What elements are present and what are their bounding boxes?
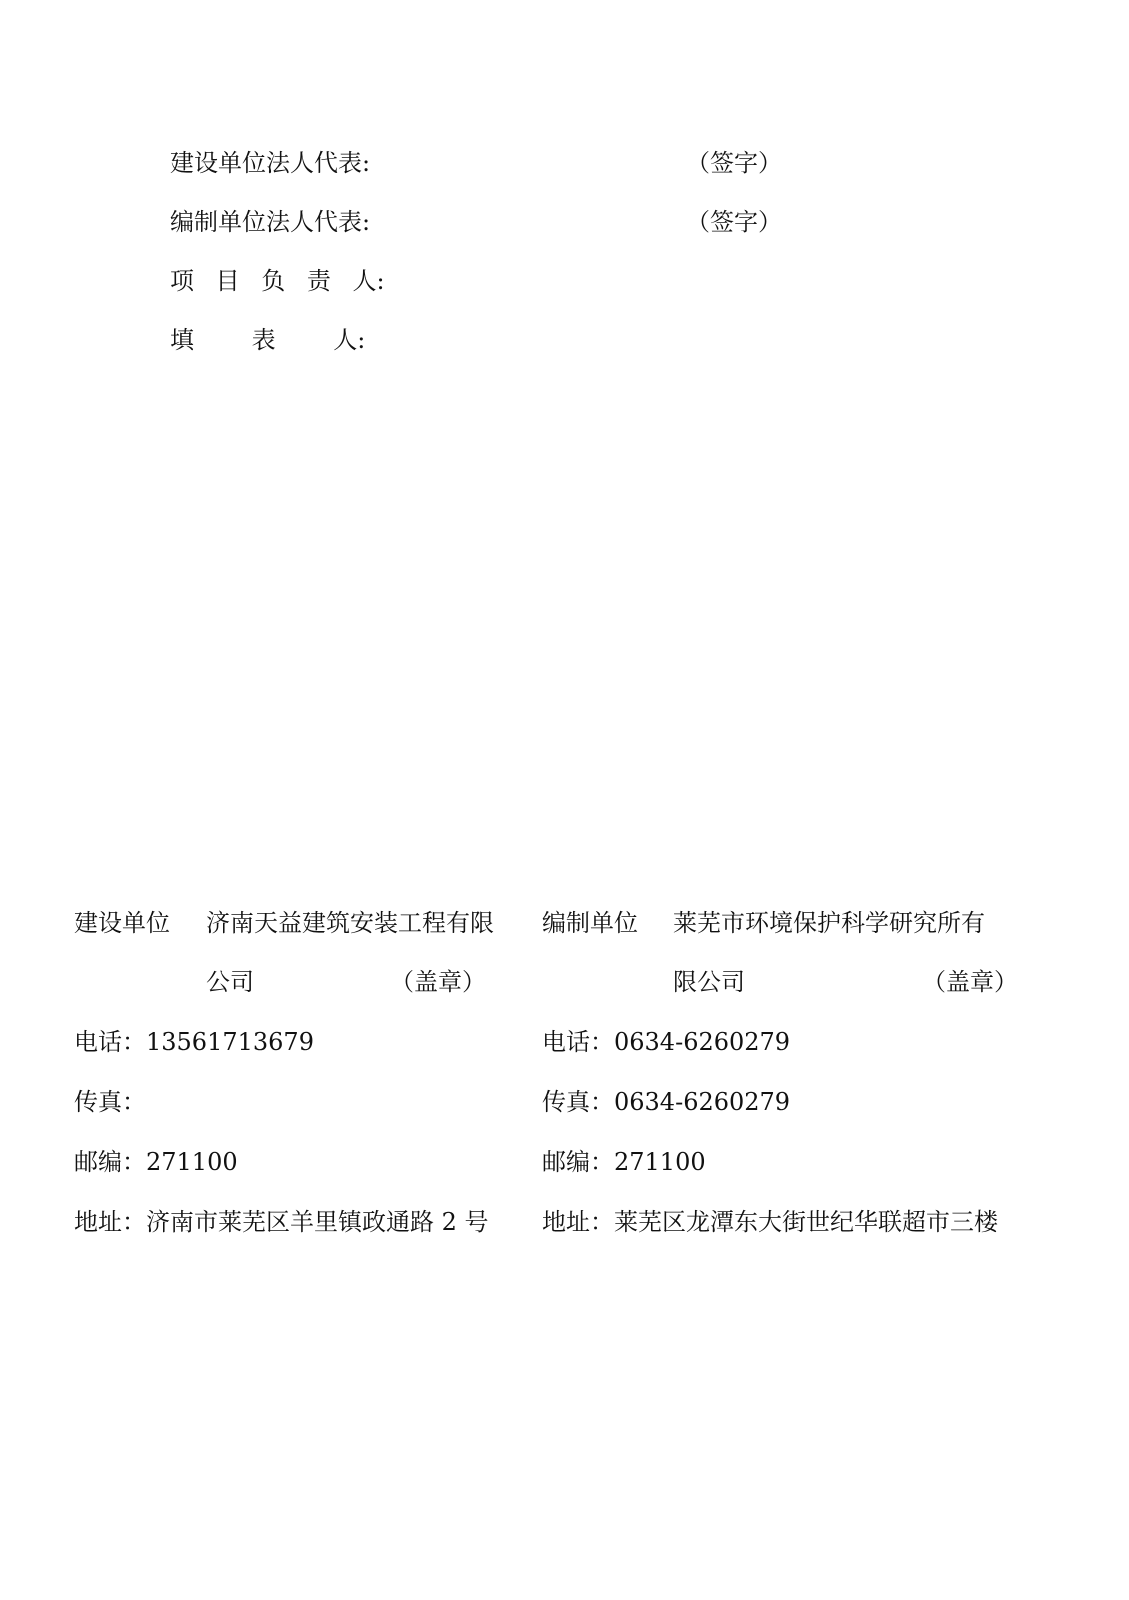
compiling-address-row: 地址：莱芜区龙潭东大街世纪华联超市三楼 [542, 1207, 998, 1237]
compiling-fax-label: 传真： [542, 1088, 614, 1116]
compiler-rep-label: 编制单位法人代表: [170, 207, 370, 237]
construction-address-value: 济南市莱芜区羊里镇政通路 2 号 [146, 1208, 489, 1236]
compiling-fax-row: 传真：0634-6260279 [542, 1087, 790, 1117]
construction-postcode-row: 邮编：271100 [74, 1147, 238, 1177]
construction-address-row: 地址：济南市莱芜区羊里镇政通路 2 号 [74, 1207, 489, 1237]
compiling-address-label: 地址： [542, 1208, 614, 1236]
compiling-unit-heading: 编制单位 [542, 908, 638, 938]
construction-unit-name-line1: 济南天益建筑安装工程有限 [206, 908, 494, 938]
construction-phone-value: 13561713679 [146, 1028, 314, 1056]
construction-fax-label: 传真： [74, 1088, 146, 1116]
compiling-unit-name-line2: 限公司 [673, 967, 745, 997]
compiling-fax-value: 0634-6260279 [614, 1088, 790, 1116]
compiling-address-value: 莱芜区龙潭东大街世纪华联超市三楼 [614, 1208, 998, 1236]
compiling-phone-value: 0634-6260279 [614, 1028, 790, 1056]
compiling-phone-row: 电话：0634-6260279 [542, 1027, 790, 1057]
compiling-phone-label: 电话： [542, 1028, 614, 1056]
construction-address-label: 地址： [74, 1208, 146, 1236]
construction-phone-label: 电话： [74, 1028, 146, 1056]
construction-fax-row: 传真： [74, 1087, 146, 1117]
compiling-postcode-label: 邮编： [542, 1148, 614, 1176]
construction-postcode-value: 271100 [146, 1148, 238, 1176]
construction-postcode-label: 邮编： [74, 1148, 146, 1176]
construction-unit-seal: （盖章） [390, 967, 486, 997]
compiler-rep-signature-mark: （签字） [686, 207, 782, 237]
construction-rep-signature-mark: （签字） [686, 148, 782, 178]
construction-unit-name-line2: 公司 [206, 967, 254, 997]
compiling-postcode-row: 邮编：271100 [542, 1147, 706, 1177]
compiling-unit-seal: （盖章） [922, 967, 1018, 997]
construction-unit-heading: 建设单位 [74, 908, 170, 938]
compiling-unit-name-line1: 莱芜市环境保护科学研究所有 [673, 908, 985, 938]
construction-phone-row: 电话：13561713679 [74, 1027, 314, 1057]
form-filler-label: 填 表 人: [170, 325, 365, 355]
project-lead-label: 项 目 负 责 人: [170, 266, 385, 296]
construction-rep-label: 建设单位法人代表: [170, 148, 370, 178]
compiling-postcode-value: 271100 [614, 1148, 706, 1176]
